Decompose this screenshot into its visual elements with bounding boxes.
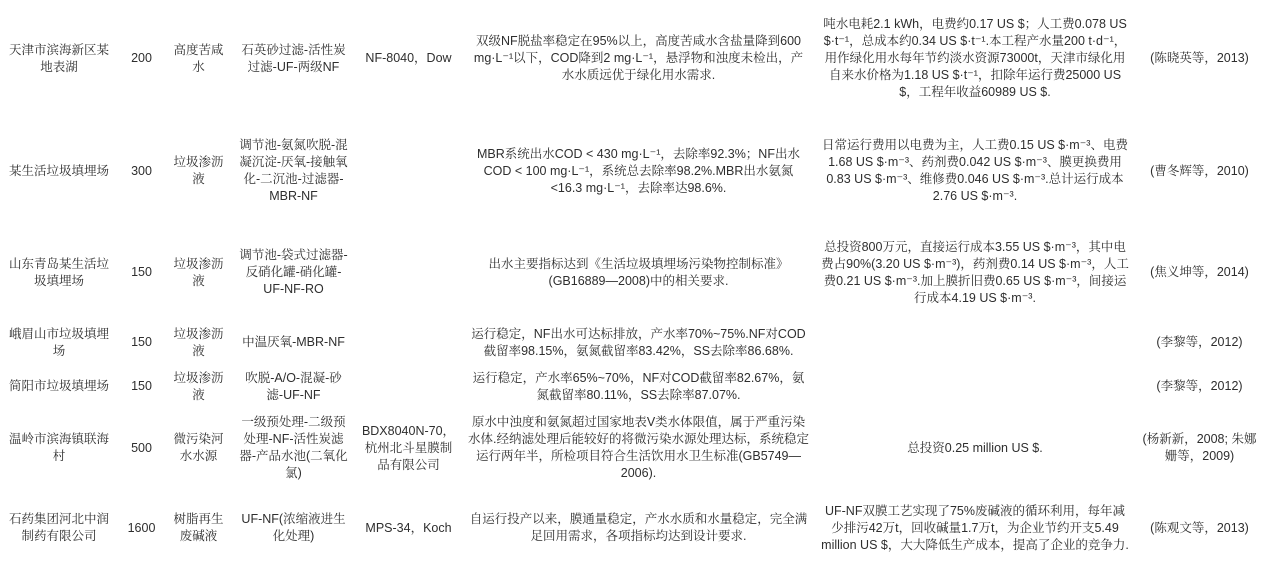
cell-performance: 运行稳定，NF出水可达标排放，产水率70%~75%.NF对COD截留率98.15… xyxy=(462,320,815,365)
cell-reference: (曹冬辉等，2010) xyxy=(1135,117,1264,225)
cell-process: UF-NF(浓缩液进生化处理) xyxy=(232,488,355,568)
cell-cost: 总投资800万元，直接运行成本3.55 US $·m⁻³，其中电费占90%(3.… xyxy=(815,225,1135,320)
cell-feed-water: 垃圾渗沥液 xyxy=(165,365,232,408)
cell-project: 峨眉山市垃圾填埋场 xyxy=(0,320,118,365)
cell-reference: (焦义坤等，2014) xyxy=(1135,225,1264,320)
cell-reference: (杨新新，2008; 朱娜姗等，2009) xyxy=(1135,408,1264,488)
cell-process: 石英砂过滤-活性炭过滤-UF-两级NF xyxy=(232,0,355,117)
cell-capacity: 150 xyxy=(118,320,165,365)
cell-project: 温岭市滨海镇联海村 xyxy=(0,408,118,488)
cell-feed-water: 高度苦咸水 xyxy=(165,0,232,117)
cell-cost: 日常运行费用以电费为主，人工费0.15 US $·m⁻³、电费1.68 US $… xyxy=(815,117,1135,225)
cell-reference: (陈晓英等，2013) xyxy=(1135,0,1264,117)
cell-capacity: 200 xyxy=(118,0,165,117)
table-row: 石药集团河北中润制药有限公司 1600 树脂再生废碱液 UF-NF(浓缩液进生化… xyxy=(0,488,1264,568)
cell-project: 天津市滨海新区某地表湖 xyxy=(0,0,118,117)
cell-process: 调节池-氨氮吹脱-混凝沉淀-厌氧-接触氧化-二沉池-过滤器-MBR-NF xyxy=(232,117,355,225)
cell-performance: 双级NF脱盐率稳定在95%以上，高度苦咸水含盐量降到600 mg·L⁻¹以下，C… xyxy=(462,0,815,117)
cell-process: 一级预处理-二级预处理-NF-活性炭滤器-产品水池(二氧化氯) xyxy=(232,408,355,488)
cell-feed-water: 垃圾渗沥液 xyxy=(165,117,232,225)
cell-project: 简阳市垃圾填埋场 xyxy=(0,365,118,408)
cell-performance: 原水中浊度和氨氮超过国家地表V类水体限值，属于严重污染水体.经纳滤处理后能较好的… xyxy=(462,408,815,488)
table-row: 某生活垃圾填埋场 300 垃圾渗沥液 调节池-氨氮吹脱-混凝沉淀-厌氧-接触氧化… xyxy=(0,117,1264,225)
table-row: 峨眉山市垃圾填埋场 150 垃圾渗沥液 中温厌氧-MBR-NF 运行稳定，NF出… xyxy=(0,320,1264,365)
cell-capacity: 1600 xyxy=(118,488,165,568)
cell-process: 中温厌氧-MBR-NF xyxy=(232,320,355,365)
cell-membrane xyxy=(355,225,462,320)
cell-reference: (陈观文等，2013) xyxy=(1135,488,1264,568)
table-row: 温岭市滨海镇联海村 500 微污染河水水源 一级预处理-二级预处理-NF-活性炭… xyxy=(0,408,1264,488)
table-row: 简阳市垃圾填埋场 150 垃圾渗沥液 吹脱-A/O-混凝-砂滤-UF-NF 运行… xyxy=(0,365,1264,408)
cell-project: 石药集团河北中润制药有限公司 xyxy=(0,488,118,568)
cell-capacity: 150 xyxy=(118,225,165,320)
cell-membrane: MPS-34，Koch xyxy=(355,488,462,568)
cell-feed-water: 微污染河水水源 xyxy=(165,408,232,488)
cell-reference: (李黎等，2012) xyxy=(1135,320,1264,365)
table-row: 山东青岛某生活垃圾填埋场 150 垃圾渗沥液 调节池-袋式过滤器-反硝化罐-硝化… xyxy=(0,225,1264,320)
cell-membrane xyxy=(355,365,462,408)
cell-feed-water: 树脂再生废碱液 xyxy=(165,488,232,568)
cell-performance: 出水主要指标达到《生活垃圾填埋场污染物控制标准》(GB16889—2008)中的… xyxy=(462,225,815,320)
cell-cost xyxy=(815,320,1135,365)
cell-feed-water: 垃圾渗沥液 xyxy=(165,225,232,320)
cell-membrane: BDX8040N-70，杭州北斗星膜制品有限公司 xyxy=(355,408,462,488)
cell-reference: (李黎等，2012) xyxy=(1135,365,1264,408)
cell-membrane xyxy=(355,320,462,365)
cell-capacity: 500 xyxy=(118,408,165,488)
table-row: 天津市滨海新区某地表湖 200 高度苦咸水 石英砂过滤-活性炭过滤-UF-两级N… xyxy=(0,0,1264,117)
cell-performance: 运行稳定，产水率65%~70%，NF对COD截留率82.67%，氨氮截留率80.… xyxy=(462,365,815,408)
cell-performance: MBR系统出水COD < 430 mg·L⁻¹，去除率92.3%；NF出水COD… xyxy=(462,117,815,225)
cell-membrane: NF-8040，Dow xyxy=(355,0,462,117)
cell-cost: 总投资0.25 million US $. xyxy=(815,408,1135,488)
cell-cost: 吨水电耗2.1 kWh，电费约0.17 US $；人工费0.078 US $·t… xyxy=(815,0,1135,117)
cell-feed-water: 垃圾渗沥液 xyxy=(165,320,232,365)
cell-project: 山东青岛某生活垃圾填埋场 xyxy=(0,225,118,320)
cell-cost xyxy=(815,365,1135,408)
nf-engineering-cases-table: 天津市滨海新区某地表湖 200 高度苦咸水 石英砂过滤-活性炭过滤-UF-两级N… xyxy=(0,0,1264,568)
cell-capacity: 150 xyxy=(118,365,165,408)
cell-project: 某生活垃圾填埋场 xyxy=(0,117,118,225)
cell-performance: 自运行投产以来，膜通量稳定，产水水质和水量稳定，完全满足回用需求，各项指标均达到… xyxy=(462,488,815,568)
cell-process: 调节池-袋式过滤器-反硝化罐-硝化罐-UF-NF-RO xyxy=(232,225,355,320)
cell-cost: UF-NF双膜工艺实现了75%废碱液的循环利用，每年减少排污42万t，回收碱量1… xyxy=(815,488,1135,568)
cell-membrane xyxy=(355,117,462,225)
cell-process: 吹脱-A/O-混凝-砂滤-UF-NF xyxy=(232,365,355,408)
cell-capacity: 300 xyxy=(118,117,165,225)
